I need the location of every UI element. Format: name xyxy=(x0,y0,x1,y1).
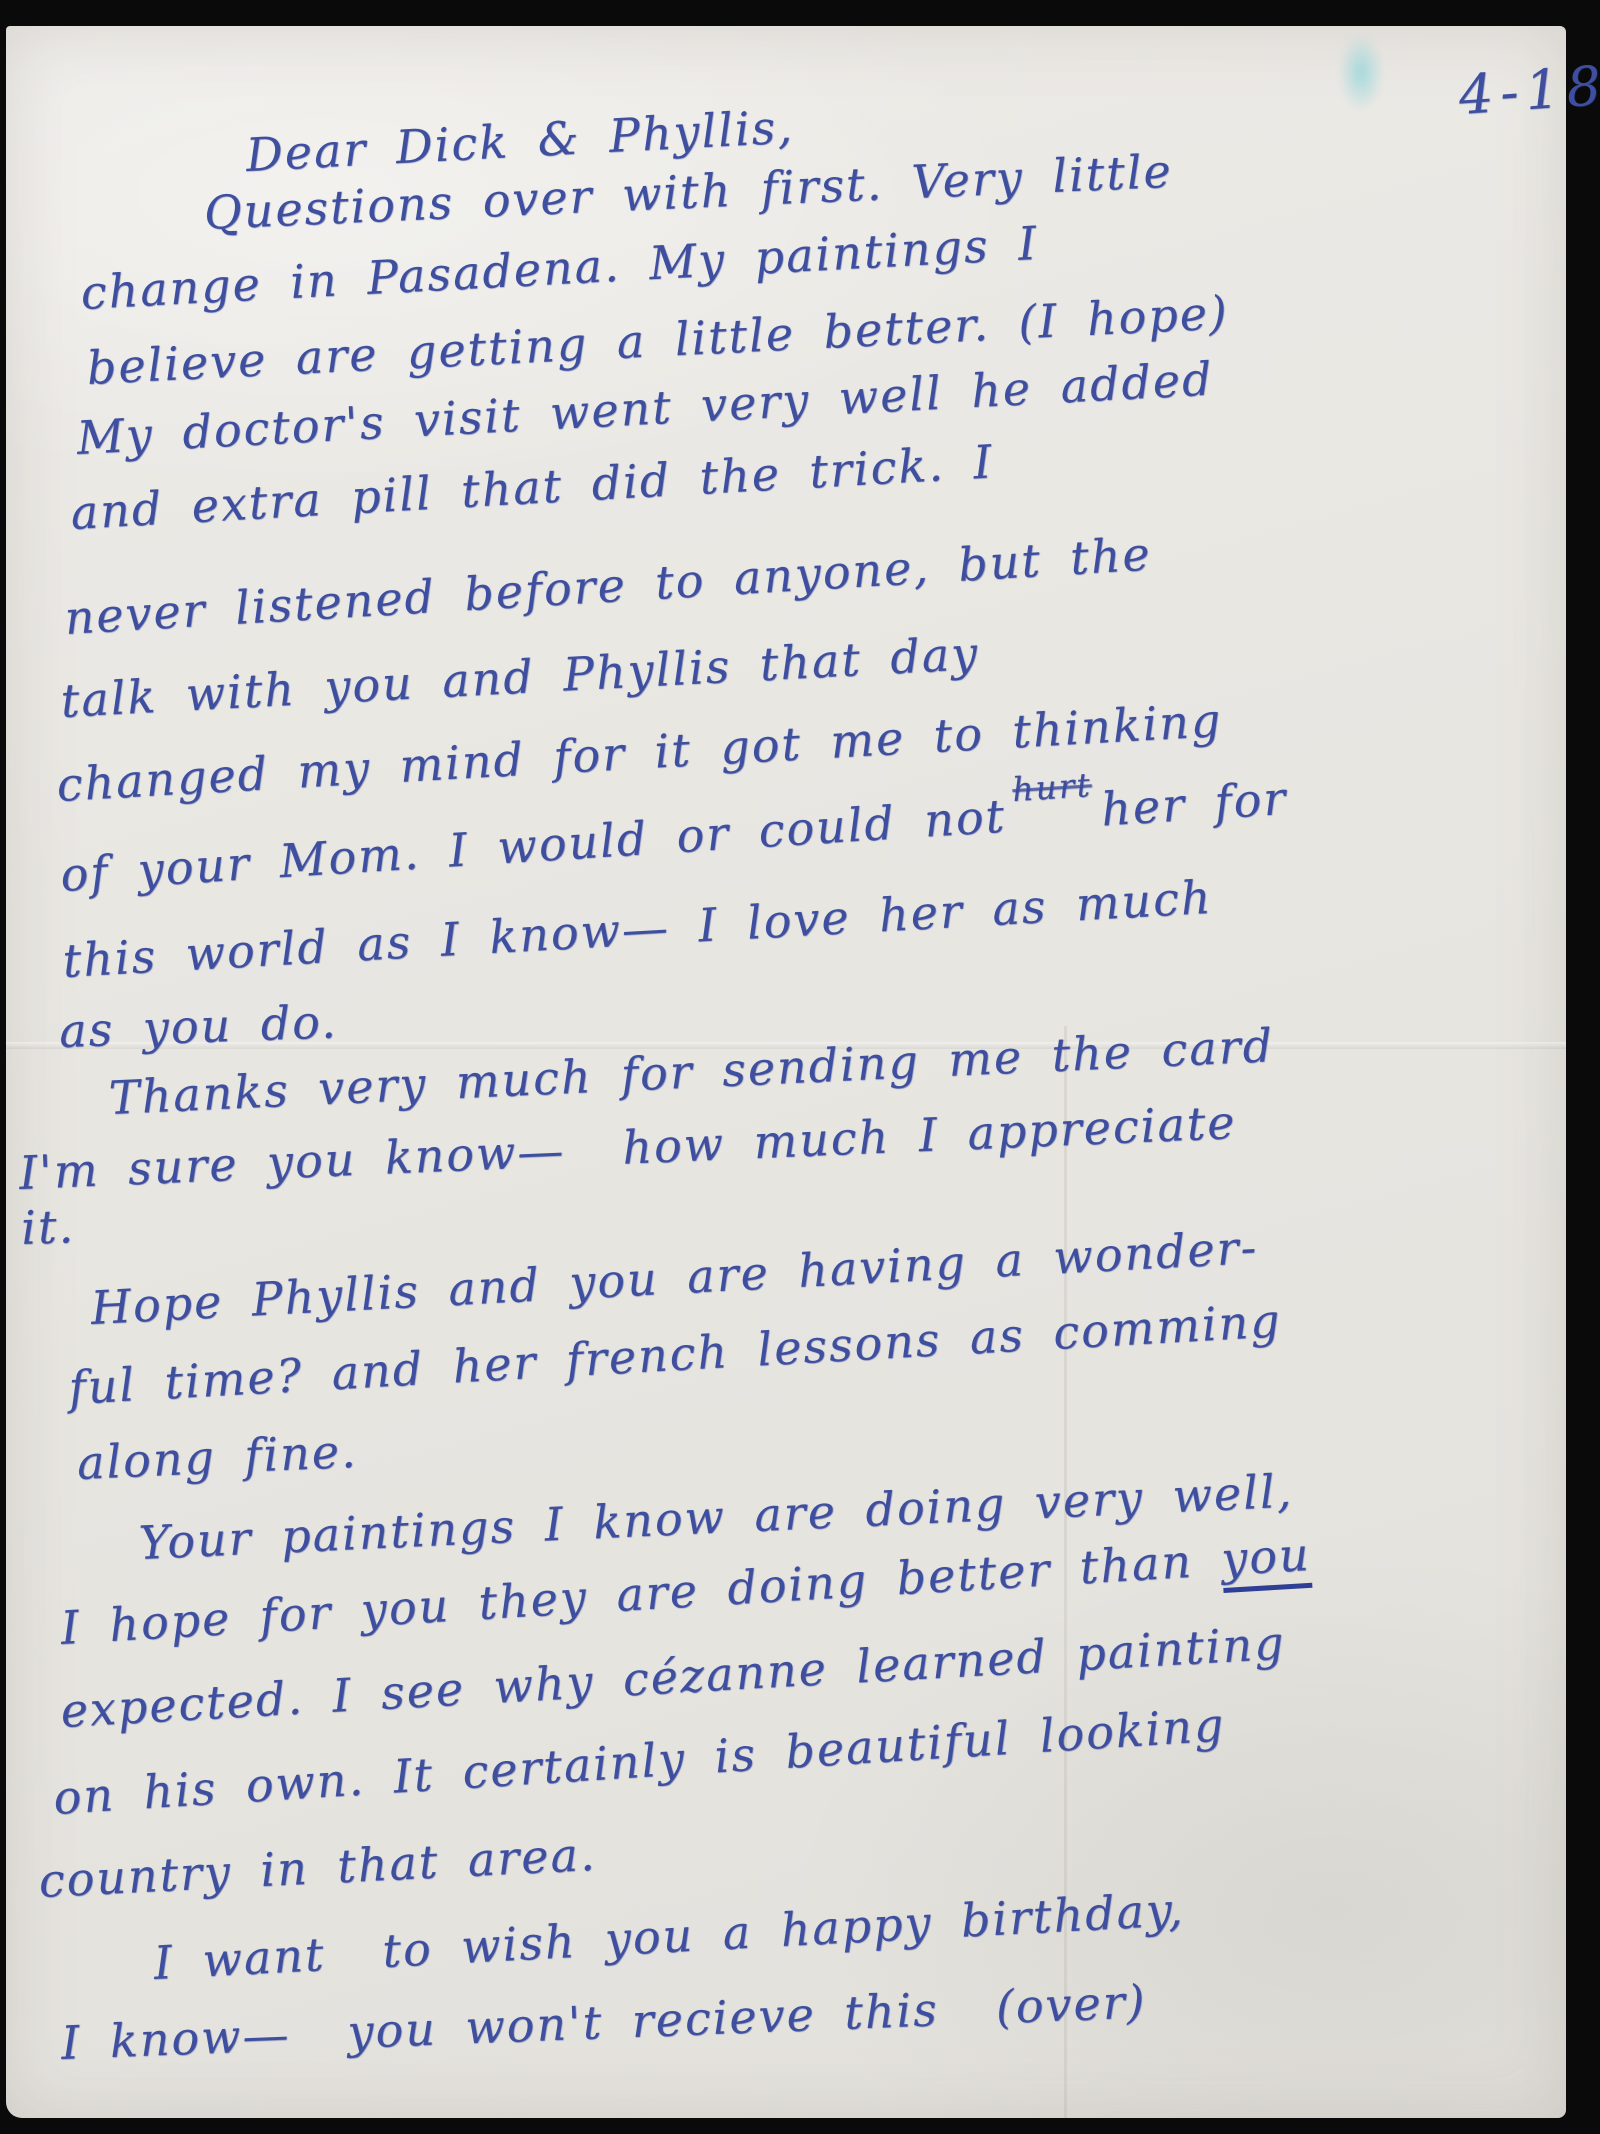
line-text: talk with you and Phyllis that day xyxy=(59,626,980,728)
letter-line: never listened before to anyone, but the xyxy=(63,531,1153,641)
line-text: her for xyxy=(1100,771,1289,837)
line-text: it. xyxy=(20,1199,76,1255)
letter-line: talk with you and Phyllis that day xyxy=(60,630,981,724)
line-text: I want to wish you a happy birthday, xyxy=(152,1882,1185,1990)
letter-line: I want to wish you a happy birthday, xyxy=(153,1886,1186,1986)
line-text: as you do. xyxy=(58,994,338,1058)
letter-line: as you do. xyxy=(58,998,338,1054)
line-text: I know— you won't recieve this (over) xyxy=(60,1974,1147,2070)
line-text: country in that area. xyxy=(38,1827,598,1908)
date-text: 4-18-78 xyxy=(1457,46,1600,127)
letter-line: it. xyxy=(20,1203,75,1251)
scanned-letter: 4-18-78 Dear Dick & Phyllis, Questions o… xyxy=(0,0,1600,2134)
line-text: never listened before to anyone, but the xyxy=(63,527,1153,645)
letter-line: I know— you won't recieve this (over) xyxy=(60,1978,1147,2066)
line-text: along fine. xyxy=(76,1424,359,1490)
inserted-word: hurt xyxy=(1011,768,1092,806)
letter-date: 4-18-78 xyxy=(1237,0,1600,192)
letter-line: along fine. xyxy=(76,1428,358,1486)
letter-line: country in that area. xyxy=(38,1831,598,1904)
underlined-word: you xyxy=(1220,1527,1313,1593)
letter-paper: 4-18-78 Dear Dick & Phyllis, Questions o… xyxy=(6,26,1566,2118)
line-text: of your Mom. I would or could not xyxy=(59,789,1008,902)
